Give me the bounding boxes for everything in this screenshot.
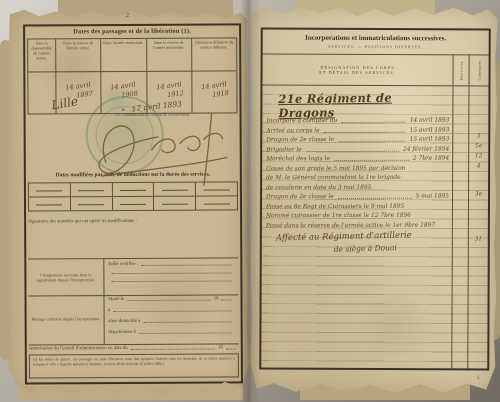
left-page: 2 Dates des passages et de la libération…: [5, 7, 249, 394]
column-header: Dans la disponibilité de l'armée active.: [28, 39, 55, 71]
service-entry: Passé dans la réserve de l'armée active …: [266, 218, 449, 228]
service-entry: Maréchal des logis le2 7bre 1894: [266, 152, 449, 162]
corps-table: DÉSIGNATION DES CORPS ET DÉTAIL DES SERV…: [261, 54, 488, 369]
authorization-line: Autorisation du Conseil d'administration…: [29, 345, 239, 351]
column-header: Dans la réserve de l'armée territoriale.: [146, 39, 191, 71]
margin-mark: 31: [469, 235, 488, 242]
column-header: Dans l'armée territoriale.: [100, 39, 145, 71]
service-entry: Nommé cuirassier de 1re classe le 12 7br…: [266, 209, 449, 219]
service-entry: Dragon de 2e classe le15 avril 1893: [266, 133, 449, 143]
margin-mark: 5: [469, 132, 488, 139]
affectation-line: de siège à Douai: [334, 243, 397, 254]
service-entries: Incorporé à compter du14 avril 1893 Arri…: [266, 114, 449, 229]
signatures-label: Signatures des autorités qui ont opéré l…: [28, 219, 137, 225]
service-record-column: 21e Régiment de Dragons Incorporé à comp…: [261, 86, 452, 369]
changes-box: Changements survenus dans le signalement…: [28, 257, 238, 296]
left-page-frame: Dates des passages et de la libération (…: [23, 23, 243, 384]
service-entry: Incorporé à compter du14 avril 1893: [266, 114, 449, 124]
passages-title: Dates des passages et de la libération (…: [25, 27, 239, 35]
incorporations-title: Incorporations et immatriculations succe…: [263, 34, 489, 43]
marriage-label: Mariage contracté depuis l'incorporation…: [28, 294, 104, 344]
marriage-line: département d: [108, 329, 234, 335]
matricule-column-header: Matricules: [452, 55, 468, 85]
page-number: 2: [126, 13, 129, 19]
service-entry: Dragon de 2e classe le5 mai 1895: [266, 190, 449, 200]
campagnes-column-header: Campagnes: [468, 55, 488, 85]
column-header: Libération définitive du service militai…: [191, 38, 236, 70]
margin-mark: 3e: [469, 190, 488, 197]
column-header: Dans la réserve de l'armée active.: [55, 39, 100, 71]
margin-mark: 5e: [469, 142, 488, 149]
right-page-frame: Incorporations et immatriculations succe…: [259, 28, 490, 371]
right-page: Incorporations et immatriculations succe…: [249, 4, 498, 393]
taille-line: Taille rectifiée :: [108, 261, 234, 267]
booklet-spine: [240, 0, 260, 402]
page-marker: 1.: [477, 374, 480, 379]
marriage-line: Marié le 18: [108, 296, 234, 302]
footnote: (1) En temps de guerre, ces passages ou …: [29, 353, 239, 378]
corps-header: DÉSIGNATION DES CORPS ET DÉTAIL DES SERV…: [262, 55, 452, 86]
margin-mark: 12: [469, 152, 488, 159]
marriage-box: Mariage contracté depuis l'incorporation…: [28, 293, 238, 345]
campagnes-column: 5 5e 12 4 3e 31: [467, 86, 488, 368]
affectation-line: Affecté au Régiment d'artillerie: [276, 230, 412, 243]
military-booklet-scan: 2 Dates des passages et de la libération…: [0, 0, 500, 402]
signature: [72, 109, 237, 192]
matricule-column: [451, 86, 468, 368]
date-cell: 14 avril1918: [191, 70, 236, 112]
marriage-line: à: [108, 307, 234, 313]
changes-label: Changements survenus dans le signalement…: [28, 259, 104, 295]
service-entry: de M. le Général commandant la 1re briga…: [266, 171, 449, 181]
services-subtitle: SERVICES. — POSITIONS DIVERSES.: [263, 45, 489, 50]
marriage-line: alors domicilié à: [108, 318, 234, 324]
margin-mark: 4: [469, 162, 488, 169]
